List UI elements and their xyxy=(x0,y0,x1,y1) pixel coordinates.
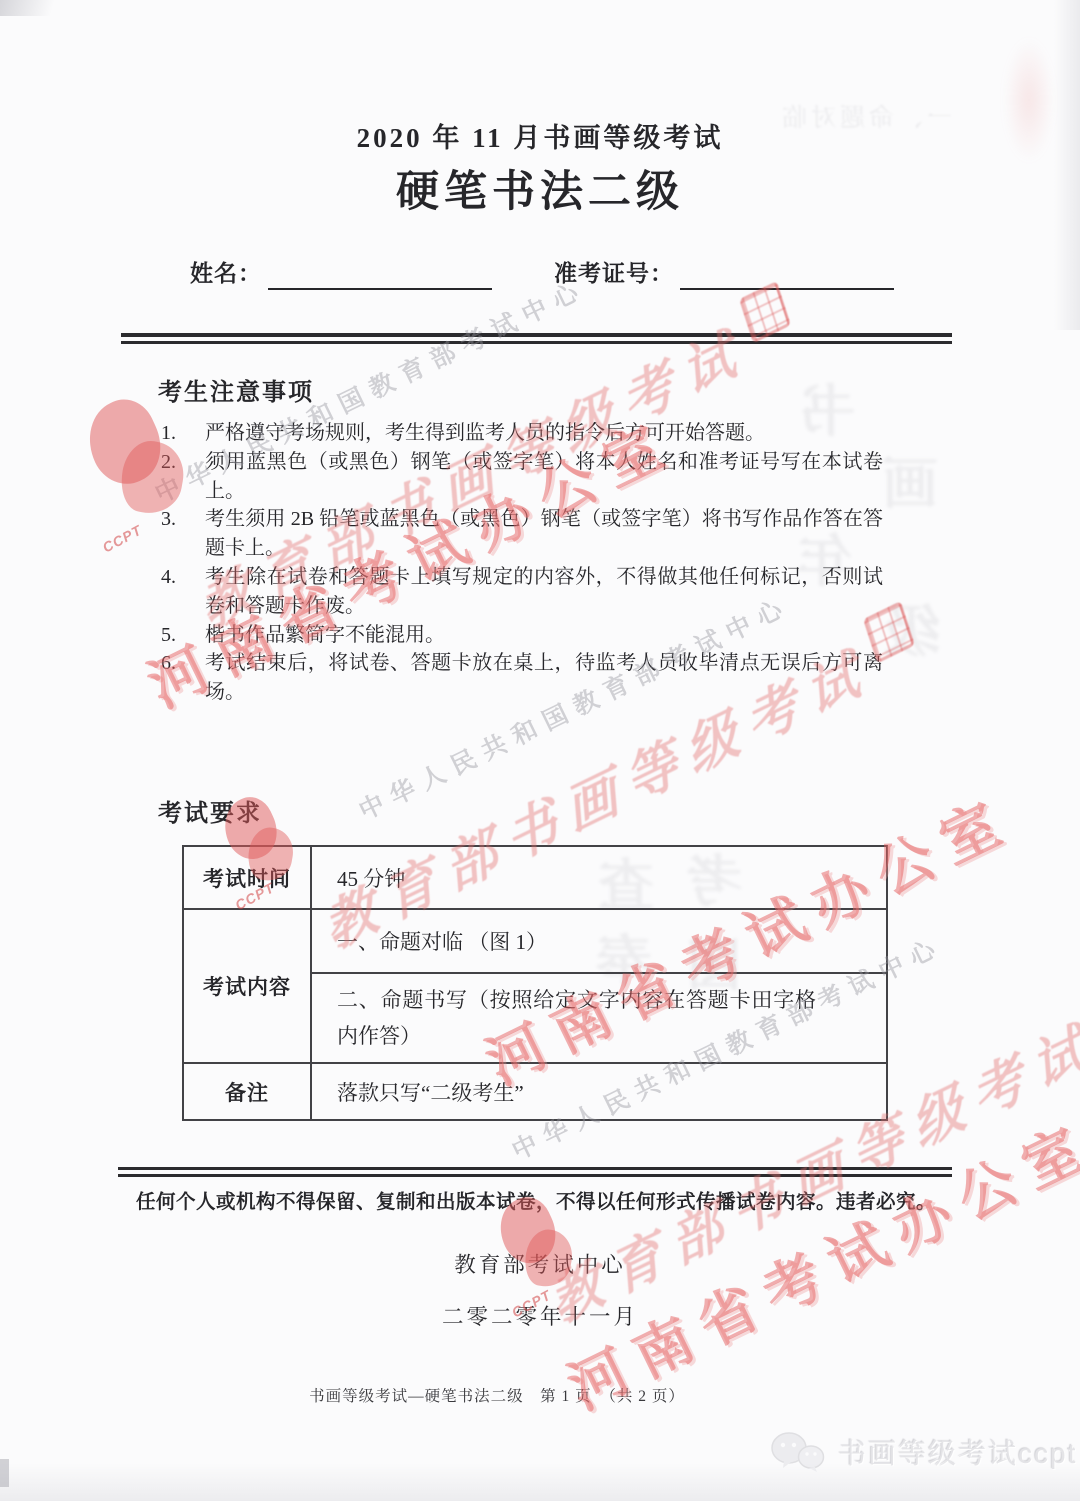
exam-content-label: 考试内容 xyxy=(184,910,312,1062)
issue-date: 二零二零年十一月 xyxy=(0,1300,1080,1331)
note-text: 须用蓝黑色（或黑色）钢笔（或签字笔）将本人姓名和准考证号写在本试卷上。 xyxy=(205,448,883,506)
exam-content-item-2: 二、命题书写（按照给定文字内容在答题卡田字格内作答） xyxy=(312,974,886,1062)
notes-list: 1. 严格遵守考场规则，考生得到监考人员的指令后方可开始答题。 2. 须用蓝黑色… xyxy=(161,419,883,707)
note-number: 2. xyxy=(161,448,205,506)
copyright-notice: 任何个人或机构不得保留、复制和出版本试卷，不得以任何形式传播试卷内容。违者必究。 xyxy=(136,1186,936,1214)
note-text: 考试结束后，将试卷、答题卡放在桌上，待监考人员收毕清点无误后方可离场。 xyxy=(205,649,883,707)
exam-content-row: 考试内容 一、命题对临 （图 1） 二、命题书写（按照给定文字内容在答题卡田字格… xyxy=(184,910,886,1064)
exam-paper: 2020 年 11 月书画等级考试 硬笔书法二级 姓名： 准考证号： 考生注意事… xyxy=(0,0,1080,1501)
note-number: 6. xyxy=(161,649,205,707)
note-item: 2. 须用蓝黑色（或黑色）钢笔（或签字笔）将本人姓名和准考证号写在本试卷上。 xyxy=(161,448,883,506)
exam-time-row: 考试时间 45 分钟 xyxy=(184,847,886,910)
notes-heading: 考生注意事项 xyxy=(158,372,314,407)
exam-content-item-1: 一、命题对临 （图 1） xyxy=(312,910,886,974)
note-text: 严格遵守考场规则，考生得到监考人员的指令后方可开始答题。 xyxy=(205,419,883,448)
issuer-name: 教育部考试中心 xyxy=(0,1248,1080,1279)
remark-value: 落款只写“二级考生” xyxy=(312,1064,886,1119)
series-title: 2020 年 11 月书画等级考试 xyxy=(0,116,1080,155)
exam-content-cells: 一、命题对临 （图 1） 二、命题书写（按照给定文字内容在答题卡田字格内作答） xyxy=(312,910,886,1062)
exam-time-value: 45 分钟 xyxy=(312,847,886,908)
note-item: 1. 严格遵守考场规则，考生得到监考人员的指令后方可开始答题。 xyxy=(161,419,883,448)
note-text: 考生须用 2B 铅笔或蓝黑色（或黑色）钢笔（或签字笔）将书写作品作答在答题卡上。 xyxy=(205,505,883,563)
page-footer: 书画等级考试—硬笔书法二级 第 1 页 （共 2 页） xyxy=(0,1384,994,1406)
wechat-watermark-text: 书画等级考试ccpt xyxy=(838,1432,1077,1472)
candidate-id-row: 姓名： 准考证号： xyxy=(190,250,950,290)
ticket-blank-field xyxy=(680,258,894,290)
note-item: 3. 考生须用 2B 铅笔或蓝黑色（或黑色）钢笔（或签字笔）将书写作品作答在答题… xyxy=(161,505,883,563)
note-text: 楷书作品繁简字不能混用。 xyxy=(205,621,883,650)
note-item: 4. 考生除在试卷和答题卡上填写规定的内容外，不得做其他任何标记，否则试卷和答题… xyxy=(161,563,883,621)
remark-label: 备注 xyxy=(184,1064,312,1119)
requirements-heading: 考试要求 xyxy=(158,793,262,828)
note-item: 6. 考试结束后，将试卷、答题卡放在桌上，待监考人员收毕清点无误后方可离场。 xyxy=(161,649,883,707)
exam-title: 硬笔书法二级 xyxy=(0,158,1080,219)
requirements-table: 考试时间 45 分钟 考试内容 一、命题对临 （图 1） 二、命题书写（按照给定… xyxy=(182,845,888,1121)
note-number: 1. xyxy=(161,419,205,448)
note-number: 4. xyxy=(161,563,205,621)
divider-rule-bottom xyxy=(118,1167,952,1177)
name-label: 姓名： xyxy=(190,255,262,290)
wechat-watermark: 书画等级考试ccpt xyxy=(770,1430,1077,1474)
note-item: 5. 楷书作品繁简字不能混用。 xyxy=(161,621,883,650)
divider-rule-top xyxy=(121,333,952,344)
remark-row: 备注 落款只写“二级考生” xyxy=(184,1064,886,1119)
note-text: 考生除在试卷和答题卡上填写规定的内容外，不得做其他任何标记，否则试卷和答题卡作废… xyxy=(205,563,883,621)
ticket-label: 准考证号： xyxy=(554,255,674,290)
name-blank-field xyxy=(268,258,492,290)
note-number: 3. xyxy=(161,505,205,563)
exam-time-label: 考试时间 xyxy=(184,847,312,908)
wechat-icon xyxy=(770,1430,826,1474)
note-number: 5. xyxy=(161,621,205,650)
